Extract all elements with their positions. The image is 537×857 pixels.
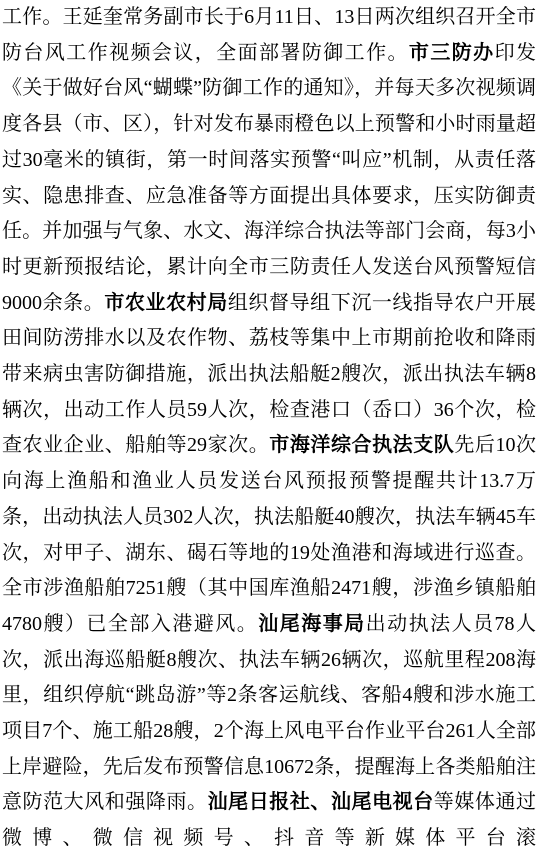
body-text-run: 先后10次向海上渔船和渔业人员发送台风预报预警提醒共计13.7万条，出动执法人员… <box>2 434 536 635</box>
org-name-bold-run: 汕尾日报社、汕尾电视台 <box>208 791 434 813</box>
body-text-run: 印发《关于做好台风“蝴蝶”防御工作的通知》，并每天多次视频调度各县（市、区），针… <box>2 42 536 314</box>
typhoon-report-paragraph: 工作。王延奎常务副市长于6月11日、13日两次组织召开全市防台风工作视频会议，全… <box>2 0 536 857</box>
body-text-run: 组织督导组下沉一线指导农户开展田间防涝排水以及农作物、荔枝等集中上市期前抢收和降… <box>2 292 536 457</box>
org-name-bold-run: 汕尾海事局 <box>258 613 365 635</box>
document-page: 工作。王延奎常务副市长于6月11日、13日两次组织召开全市防台风工作视频会议，全… <box>0 0 537 857</box>
org-name-bold-run: 市三防办 <box>409 42 495 64</box>
body-text-run: 出动执法人员78人次，派出海巡船艇8艘次、执法车辆26辆次，巡航里程208海里，… <box>2 613 536 814</box>
org-name-bold-run: 市海洋综合执法支队 <box>269 434 454 456</box>
org-name-bold-run: 市农业农村局 <box>104 292 228 314</box>
